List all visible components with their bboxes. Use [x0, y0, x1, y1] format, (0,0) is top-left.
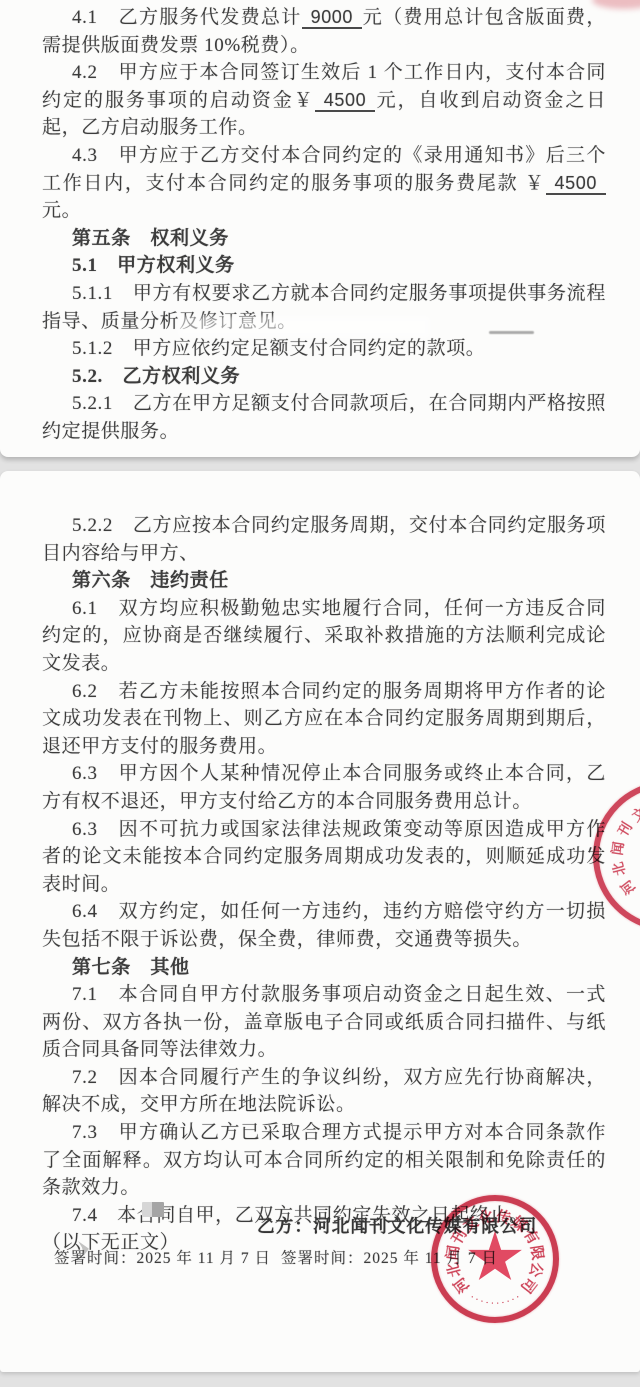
seal-ring-text: 河北闻刊文化传媒有限公司	[593, 781, 640, 931]
paragraph-text: 7.2 因本合同履行产生的争议纠纷，双方应先行协商解决，解决不成，交甲方所在地法…	[42, 1067, 606, 1116]
seal-code-mark: ·	[485, 1298, 489, 1307]
paragraph-text: 5.2.2 乙方应按本合同约定服务周期，交付本合同约定服务项目内容给与甲方、	[42, 515, 606, 564]
contract-paragraph: 6.3 因不可抗力或国家法律法规政策变动等原因造成甲方作者的论文未能按本合同约定…	[42, 816, 606, 899]
paragraph-text: 5.2.1 乙方在甲方足额支付合同款项后，在合同期内严格按照约定提供服务。	[42, 393, 606, 442]
paragraph-text: 第七条 其他	[72, 957, 190, 978]
seal-character: 化	[477, 1205, 495, 1228]
underlined-amount: 9000	[302, 7, 362, 29]
paragraph-text: 6.4 双方约定，如任何一方违约，违约方赔偿守约方一切损失包括不限于诉讼费，保全…	[42, 901, 606, 950]
seal-code-mark: ·	[505, 1296, 510, 1305]
seal-character: 河	[615, 877, 639, 900]
seal-character: 刊	[612, 818, 636, 840]
underlined-amount: 4500	[546, 173, 606, 195]
seal-code-mark: ·	[479, 1296, 484, 1305]
stray-dash-mark	[489, 331, 534, 334]
contract-page-2: 5.2.2 乙方应按本合同约定服务周期，交付本合同约定服务项目内容给与甲方、第六…	[0, 471, 640, 1372]
contract-page-1: 4.1 乙方服务代发费总计9000元（费用总计包含版面费，需提供版面费发票 10…	[0, 0, 640, 457]
paragraph-text: 第六条 违约责任	[72, 570, 229, 591]
paragraph-text: 第五条 权利义务	[72, 228, 229, 249]
section-heading: 第六条 违约责任	[42, 567, 606, 595]
seal-character: 北	[606, 860, 629, 878]
section-heading: 第五条 权利义务	[42, 225, 606, 253]
contract-photo: { "pages": [ { "paragraphs": [ {"style":…	[0, 0, 640, 1387]
contract-paragraph: 6.2 若乙方未能按照本合同约定的服务周期将甲方作者的论文成功发表在刊物上、则乙…	[42, 678, 606, 761]
page-1-text-column: 4.1 乙方服务代发费总计9000元（费用总计包含版面费，需提供版面费发票 10…	[42, 4, 606, 446]
paragraph-text: 5.2. 乙方权利义务	[72, 366, 240, 387]
seal-character: 闻	[606, 840, 628, 856]
section-heading: 5.2. 乙方权利义务	[42, 363, 606, 391]
seal-code-mark: ·	[491, 1298, 494, 1307]
contract-paragraph: 6.1 双方均应积极勤勉忠实地履行合同，任何一方违反合同约定的，应协商是否继续履…	[42, 595, 606, 678]
contract-paragraph: 5.2.1 乙方在甲方足额支付合同款项后，在合同期内严格按照约定提供服务。	[42, 390, 606, 445]
contract-paragraph: 7.2 因本合同履行产生的争议纠纷，双方应先行协商解决，解决不成，交甲方所在地法…	[42, 1064, 606, 1119]
contract-paragraph: 5.1.2 甲方应依约定足额支付合同约定的款项。	[42, 335, 606, 363]
paragraph-text: 4.3 甲方应于乙方交付本合同约定的《录用通知书》后三个工作日内，支付本合同约定…	[42, 145, 606, 194]
seal-character: 文	[627, 801, 640, 825]
section-heading: 第七条 其他	[42, 954, 606, 982]
company-seal: 河北闻刊文化传媒有限公司··········	[431, 1195, 559, 1323]
paragraph-text: 6.3 因不可抗力或国家法律法规政策变动等原因造成甲方作者的论文未能按本合同约定…	[42, 819, 606, 895]
seal-ring-text: 河北闻刊文化传媒有限公司··········	[431, 1195, 559, 1323]
company-seal-partial: 河北闻刊文化传媒有限公司	[593, 781, 640, 931]
paragraph-text: 4.1 乙方服务代发费总计	[72, 7, 302, 28]
underlined-amount: 4500	[315, 90, 375, 112]
paragraph-text: 6.3 甲方因个人某种情况停止本合同服务或终止本合同，乙方有权不退还，甲方支付给…	[42, 763, 606, 812]
contract-paragraph: 4.2 甲方应于本合同签订生效后 1 个工作日内，支付本合同约定的服务事项的启动…	[42, 59, 606, 142]
contract-paragraph: 4.1 乙方服务代发费总计9000元（费用总计包含版面费，需提供版面费发票 10…	[42, 4, 606, 59]
sign-date-party-a: 签署时间：2025 年 11 月 7 日	[54, 1246, 271, 1268]
contract-paragraph: 6.4 双方约定，如任何一方违约，违约方赔偿守约方一切损失包括不限于诉讼费，保全…	[42, 898, 606, 953]
paragraph-text: 6.2 若乙方未能按照本合同约定的服务周期将甲方作者的论文成功发表在刊物上、则乙…	[42, 681, 606, 757]
seal-code-mark: ·	[496, 1298, 499, 1307]
section-heading: 5.1 甲方权利义务	[42, 252, 606, 280]
paragraph-text: 5.1.2 甲方应依约定足额支付合同约定的款项。	[72, 338, 485, 359]
paragraph-text: 7.1 本合同自甲方付款服务事项启动资金之日起生效、一式两份、双方各执一份，盖章…	[42, 984, 606, 1060]
paragraph-text: 7.3 甲方确认乙方已采取合理方式提示甲方对本合同条款作了全面解释。双方均认可本…	[42, 1122, 606, 1198]
paragraph-text: 元。	[42, 200, 81, 221]
redaction-box	[142, 1202, 164, 1217]
paragraph-text: 5.1 甲方权利义务	[72, 255, 235, 276]
paragraph-text: 6.1 双方均应积极勤勉忠实地履行合同，任何一方违反合同约定的，应协商是否继续履…	[42, 598, 606, 674]
photo-glare-smudge	[178, 316, 430, 338]
contract-paragraph: 6.3 甲方因个人某种情况停止本合同服务或终止本合同，乙方有权不退还，甲方支付给…	[42, 760, 606, 815]
contract-paragraph: 7.3 甲方确认乙方已采取合理方式提示甲方对本合同条款作了全面解释。双方均认可本…	[42, 1119, 606, 1202]
seal-character: 限	[526, 1244, 549, 1261]
contract-paragraph: 7.1 本合同自甲方付款服务事项启动资金之日起生效、一式两份、双方各执一份，盖章…	[42, 981, 606, 1064]
contract-paragraph: 4.3 甲方应于乙方交付本合同约定的《录用通知书》后三个工作日内，支付本合同约定…	[42, 142, 606, 225]
seal-code-mark: ·	[501, 1298, 505, 1307]
contract-paragraph: 5.2.2 乙方应按本合同约定服务周期，交付本合同约定服务项目内容给与甲方、	[42, 512, 606, 567]
page-2-text-column: 5.2.2 乙方应按本合同约定服务周期，交付本合同约定服务项目内容给与甲方、第六…	[42, 512, 606, 1257]
seal-code-mark: ·	[514, 1292, 521, 1301]
